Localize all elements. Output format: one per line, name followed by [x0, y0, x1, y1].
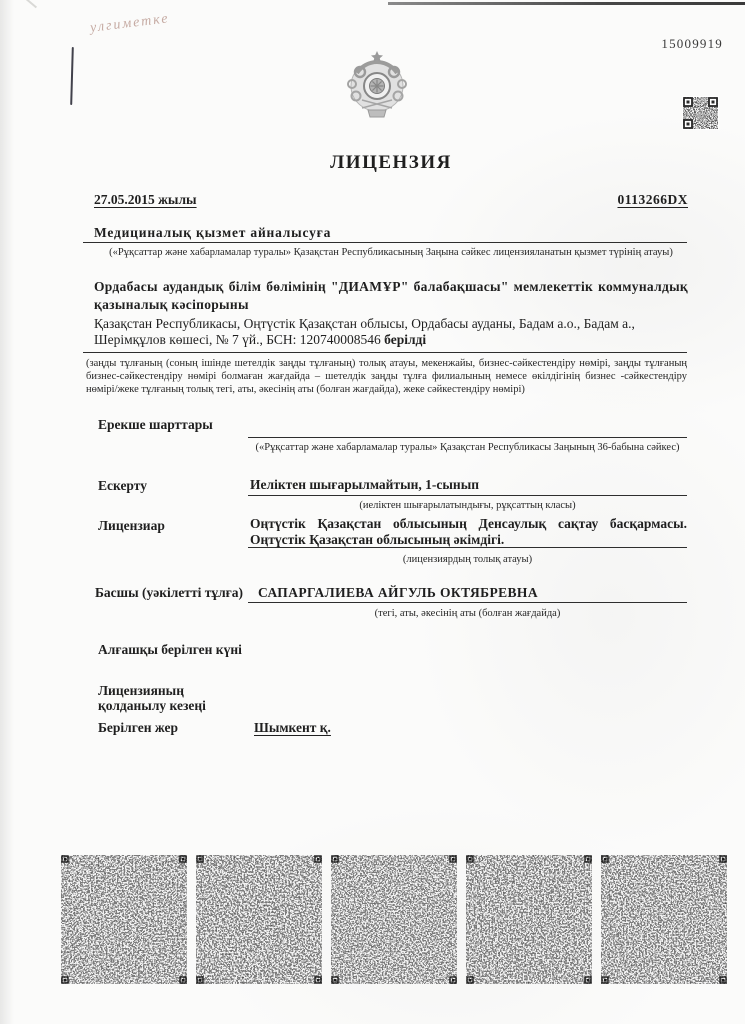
field-label-validity-period: Лицензияның қолданылу кезеңі: [98, 683, 250, 713]
field-label-head: Басшы (уәкілетті тұлға): [95, 585, 243, 600]
rule: [83, 242, 687, 243]
datamatrix-stamp: [196, 855, 322, 984]
scan-artifact-top-line: [388, 2, 745, 5]
datamatrix-stamp: [466, 855, 592, 984]
field-value-head: САПАРГАЛИЕВА АЙГУЛЬ ОКТЯБРЕВНА: [258, 585, 687, 601]
datamatrix-stamp-row: [61, 855, 727, 984]
datamatrix-stamp: [61, 855, 187, 984]
field-label-licensor: Лицензиар: [98, 518, 165, 533]
field-label-issue-place: Берілген жер: [98, 720, 178, 735]
issue-date: 27.05.2015 жылы: [94, 192, 197, 208]
field-caption-head: (тегі, аты, әкесінің аты (болған жағдайд…: [248, 607, 687, 620]
handwritten-note: улгиметке: [89, 11, 170, 37]
field-value-licensor: Оңтүстік Қазақстан облысының Денсаулық с…: [250, 516, 687, 547]
datamatrix-stamp: [331, 855, 457, 984]
licensee-caption: (заңды тұлғаның (соның ішінде шетелдік з…: [86, 357, 687, 396]
field-value-note: Иеліктен шығарылмайтын, 1-сынып: [250, 477, 687, 493]
licensee-address-text: Қазақстан Республикасы, Оңтүстік Қазақст…: [94, 316, 635, 347]
activity-caption: («Рұқсаттар және хабарламалар туралы» Қа…: [94, 246, 688, 259]
serial-number: 15009919: [661, 36, 723, 52]
field-caption-licensor: (лицензиярдың толық атауы): [248, 553, 687, 566]
field-label-special-conditions: Ерекше шарттары: [98, 417, 213, 432]
licensee-address: Қазақстан Республикасы, Оңтүстік Қазақст…: [94, 316, 688, 348]
license-number: 0113266DX: [617, 192, 688, 208]
rule: [83, 352, 687, 353]
licensee-name: Ордабасы аудандық білім бөлімінің "ДИАМҰ…: [94, 278, 688, 314]
field-label-first-issue-date: Алғашқы берілген күні: [98, 642, 242, 657]
field-label-note: Ескерту: [98, 478, 147, 493]
rule: [248, 547, 687, 548]
kazakhstan-emblem-icon: [338, 48, 416, 124]
datamatrix-stamp: [601, 855, 727, 984]
rule: [248, 495, 687, 496]
rule: [248, 602, 687, 603]
pen-stroke-mark: [70, 47, 74, 105]
rule: [248, 437, 687, 438]
issued-word: берілді: [384, 332, 426, 347]
scan-artifact-corner-mark: [25, 0, 37, 8]
field-value-issue-place: Шымкент қ.: [254, 720, 691, 736]
field-caption-special-conditions: («Рұқсаттар және хабарламалар туралы» Қа…: [248, 441, 687, 454]
activity-heading: Медициналық қызмет айналысуға: [94, 225, 331, 241]
qr-code: [682, 96, 719, 130]
field-caption-note: (иеліктен шығарылатындығы, рұқсаттың кла…: [248, 499, 687, 512]
page-title: ЛИЦЕНЗИЯ: [94, 152, 688, 174]
license-document: улгиметке 15009919: [0, 0, 745, 1024]
